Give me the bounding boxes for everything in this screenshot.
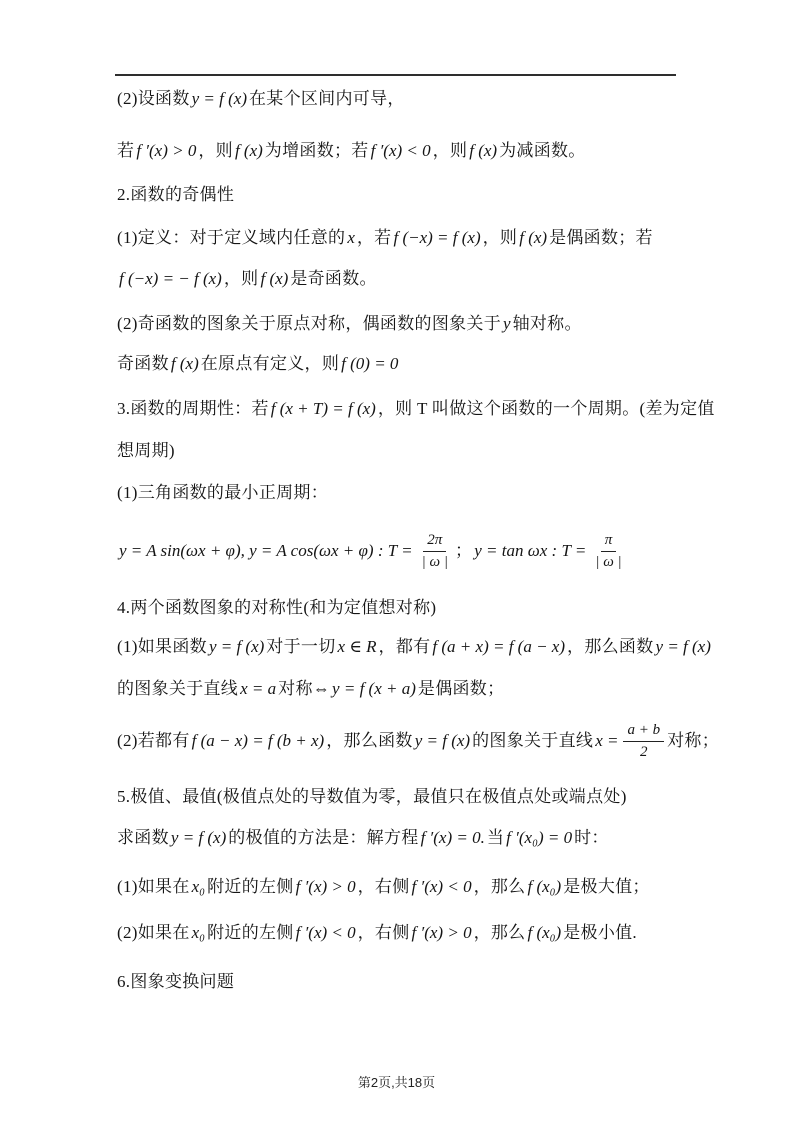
body-text: 对称； [667,730,719,752]
body-text: 3.函数的周期性：若 [117,398,269,420]
body-text: 附近的左侧 [207,876,294,898]
math-text: f (x₀) [525,922,563,944]
body-text: ，右侧 [358,922,410,944]
body-text: 在原点有定义，则 [201,353,339,375]
math-fraction: 2π| ω | [418,531,452,572]
body-text: (1)如果函数 [117,636,207,658]
text-line-12: 4.两个函数图象的对称性(和为定值想对称) [117,597,436,619]
body-text: 对称⇔ [278,678,330,700]
body-text: 5.极值、最值(极值点处的导数值为零，最值只在极值点处或端点处) [117,786,627,808]
body-text: ，右侧 [358,876,410,898]
math-text: y [501,313,513,335]
math-text: f ′(x) < 0 [369,140,433,162]
math-text: y = f (x + a) [330,678,418,700]
fraction-denominator: | ω | [591,552,625,572]
math-text: f ′(x₀) = 0 [504,827,574,849]
math-text: x₀ [190,876,207,898]
text-line-17: 求函数 y = f (x) 的极值的方法是：解方程 f ′(x) = 0.当 f… [117,827,609,849]
text-line-18: (1)如果在 x₀ 附近的左侧 f ′(x) > 0，右侧 f ′(x) < 0… [117,876,650,898]
math-text: y = f (x) [413,730,472,752]
math-text: f ′(x) > 0 [410,922,474,944]
body-text: 对于一切 [266,636,335,658]
text-line-15: (2)若都有 f (a − x) = f (b + x)，那么函数 y = f … [117,716,719,766]
text-line-8: 3.函数的周期性：若 f (x + T) = f (x)，则 T 叫做这个函数的… [117,398,715,420]
math-text: x₀ [190,922,207,944]
text-line-4: (1)定义：对于定义域内任意的 x，若 f (−x) = f (x)，则 f (… [117,227,653,249]
math-text: f ′(x) < 0 [294,922,358,944]
body-text: (2)设函数 [117,88,190,110]
body-text: ，则 [483,227,518,249]
body-text: 附近的左侧 [207,922,294,944]
math-text: f (−x) = − f (x) [117,268,224,290]
body-text: 为减函数。 [499,140,586,162]
body-text: (1)如果在 [117,876,190,898]
body-text: 的图象关于直线 [117,678,238,700]
math-text: f (a − x) = f (b + x) [190,730,327,752]
text-line-2: 若 f ′(x) > 0，则 f (x) 为增函数；若 f ′(x) < 0，则… [117,140,586,162]
text-line-14: 的图象关于直线 x = a 对称⇔ y = f (x + a)是偶函数； [117,678,504,700]
body-text: 在某个区间内可导， [249,88,405,110]
math-text: f (x) [517,227,549,249]
text-line-7: 奇函数 f (x) 在原点有定义，则 f (0) = 0 [117,353,400,375]
text-line-6: (2)奇函数的图象关于原点对称，偶函数的图象关于 y 轴对称。 [117,313,582,335]
math-text: x = [593,730,620,752]
body-text: 4.两个函数图象的对称性(和为定值想对称) [117,597,436,619]
math-text: f ′(x) < 0 [410,876,474,898]
fraction-numerator: 2π [423,531,446,552]
body-text: 想周期) [117,440,175,462]
text-line-1: (2)设函数 y = f (x) 在某个区间内可导， [117,88,405,110]
body-text: ，则 T 叫做这个函数的一个周期。(差为定值 [378,398,715,420]
body-text: 是偶函数； [418,678,505,700]
body-text: 是极小值. [563,922,637,944]
text-line-9: 想周期) [117,440,175,462]
math-text: y = f (x) [169,827,228,849]
body-text: ，那么函数 [326,730,413,752]
text-line-3: 2.函数的奇偶性 [117,184,234,206]
math-text: f ′(x) > 0 [134,140,198,162]
math-text: f (a + x) = f (a − x) [430,636,567,658]
body-text: 若 [117,140,134,162]
text-line-19: (2)如果在 x₀ 附近的左侧 f ′(x) < 0，右侧 f ′(x) > 0… [117,922,637,944]
body-text: ，若 [357,227,392,249]
body-text: (2)如果在 [117,922,190,944]
math-fraction: π| ω | [591,531,625,572]
body-text: 为增函数；若 [265,140,369,162]
body-text: 是奇函数。 [290,268,377,290]
body-text: ，那么 [474,922,526,944]
body-text: ，那么 [474,876,526,898]
text-line-16: 5.极值、最值(极值点处的导数值为零，最值只在极值点处或端点处) [117,786,627,808]
body-text: 当 [487,827,504,849]
body-text: (2)若都有 [117,730,190,752]
body-text: 6.图象变换问题 [117,971,234,993]
math-text: y = f (x) [207,636,266,658]
body-text: 求函数 [117,827,169,849]
fraction-numerator: π [601,531,617,552]
body-text: 奇函数 [117,353,169,375]
math-text: x ∈ R [336,636,379,658]
math-text: y = f (x) [190,88,249,110]
math-text: f ′(x) > 0 [294,876,358,898]
math-text: f (−x) = f (x) [391,227,482,249]
body-text: ，都有 [379,636,431,658]
body-text: 时： [574,827,609,849]
text-line-11: y = A sin(ωx + φ), y = A cos(ωx + φ) : T… [117,524,629,578]
body-text: ，则 [433,140,468,162]
body-text: (2)奇函数的图象关于原点对称，偶函数的图象关于 [117,313,501,335]
page-footer: 第2页,共18页 [0,1072,793,1091]
text-line-13: (1)如果函数 y = f (x)对于一切 x ∈ R，都有 f (a + x)… [117,636,713,658]
math-text: f (x) [233,140,265,162]
math-text: x [345,227,357,249]
body-text: (1)定义：对于定义域内任意的 [117,227,345,249]
fraction-denominator: | ω | [418,552,452,572]
body-text: ，那么函数 [567,636,654,658]
document-page: (2)设函数 y = f (x) 在某个区间内可导，若 f ′(x) > 0，则… [0,0,793,1122]
body-text: 是偶函数；若 [549,227,653,249]
body-text: ； [455,540,472,562]
math-text: f (x) [467,140,499,162]
math-text: f (x) [169,353,201,375]
math-text: y = f (x) [654,636,713,658]
text-line-5: f (−x) = − f (x)，则 f (x) 是奇函数。 [117,268,377,290]
math-text: f (x₀) [525,876,563,898]
body-text: 的图象关于直线 [472,730,593,752]
body-text: 的极值的方法是：解方程 [228,827,418,849]
text-line-10: (1)三角函数的最小正周期： [117,482,328,504]
math-text: f (0) = 0 [339,353,400,375]
body-text: (1)三角函数的最小正周期： [117,482,328,504]
math-text: f (x + T) = f (x) [269,398,378,420]
body-text: 轴对称。 [513,313,582,335]
math-text: y = tan ωx : T = [472,540,588,562]
math-text: f ′(x) = 0. [419,827,487,849]
math-text: f (x) [258,268,290,290]
math-text: y = A sin(ωx + φ), y = A cos(ωx + φ) : T… [117,540,415,562]
body-text: ，则 [224,268,259,290]
body-text: ，则 [198,140,233,162]
math-text: x = a [238,678,278,700]
text-line-20: 6.图象变换问题 [117,971,234,993]
fraction-denominator: 2 [636,742,652,762]
fraction-numerator: a + b [623,721,664,742]
body-text: 是极大值； [563,876,650,898]
body-text: 2.函数的奇偶性 [117,184,234,206]
math-fraction: a + b2 [623,721,664,762]
document-content: (2)设函数 y = f (x) 在某个区间内可导，若 f ′(x) > 0，则… [0,0,793,1122]
